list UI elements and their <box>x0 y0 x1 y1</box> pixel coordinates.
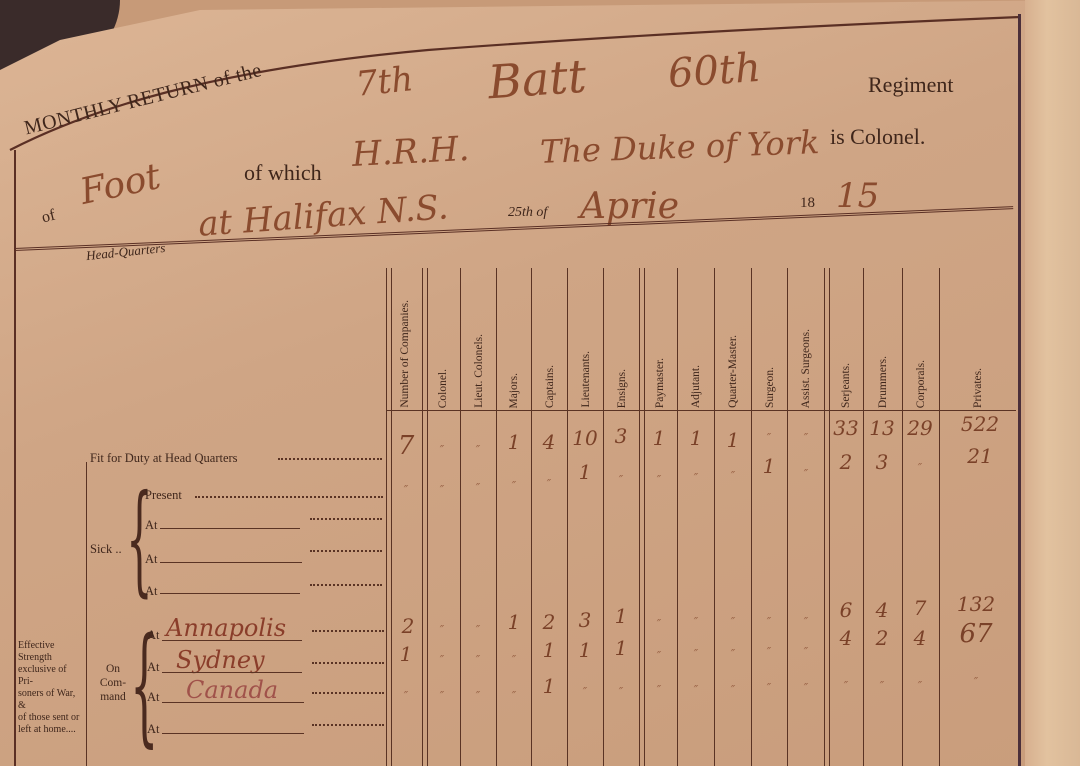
cell: ″ <box>751 642 787 662</box>
cell: ″ <box>424 650 460 670</box>
col-header-assist-surgeons: Assist. Surgeons. <box>788 272 824 408</box>
cell: ″ <box>715 644 751 664</box>
col-header-drummers: Drummers. <box>864 272 902 408</box>
cell: ″ <box>388 686 424 706</box>
col-header-adjutant: Adjutant. <box>678 272 714 408</box>
col-header-quarter-master: Quarter-Master. <box>715 272 751 408</box>
cell: ″ <box>424 686 460 706</box>
col-header-lieutenants: Lieutenants. <box>568 272 603 408</box>
cell: 1 <box>603 638 639 658</box>
blank-line <box>162 702 304 703</box>
cell: 1 <box>678 428 714 448</box>
cell: 1 <box>531 640 567 660</box>
label-line: mand <box>98 690 128 704</box>
cell: ″ <box>715 612 751 632</box>
cell: ″ <box>946 672 1006 692</box>
cell: 2 <box>828 452 864 472</box>
cell: 132 <box>946 594 1006 614</box>
cell: ″ <box>902 458 938 478</box>
cell: ″ <box>567 682 603 702</box>
label-line: On <box>98 662 128 676</box>
row-group-bracket <box>86 462 87 766</box>
blank-line <box>160 528 300 529</box>
cell: ″ <box>496 476 532 496</box>
cell: 13 <box>864 418 900 438</box>
col-header-serjeants: Serjeants. <box>828 272 863 408</box>
col-header-label: Ensigns. <box>616 369 628 408</box>
col-header-label: Captains. <box>544 365 556 408</box>
cell: ″ <box>751 428 787 448</box>
cell: ″ <box>460 440 496 460</box>
cell: ″ <box>788 642 824 662</box>
cell: 4 <box>531 432 567 452</box>
leader-dots <box>278 458 382 460</box>
hand-place-canada: Canada <box>186 676 278 704</box>
col-header-label: Quarter-Master. <box>727 335 739 408</box>
frame-right-border <box>1018 14 1021 766</box>
cell: ″ <box>424 440 460 460</box>
cell: ″ <box>460 620 496 640</box>
leader-dots <box>312 692 384 694</box>
label-line: of those sent or <box>18 712 84 724</box>
row-label-sick: Sick .. <box>90 542 122 557</box>
cell: ″ <box>496 650 532 670</box>
blank-line <box>162 640 302 641</box>
cell: ″ <box>678 680 714 700</box>
col-header-label: Number of Companies. <box>399 300 411 408</box>
cell: 2 <box>531 612 567 632</box>
cell: 2 <box>864 628 900 648</box>
col-header-label: Lieut. Colonels. <box>473 334 485 408</box>
cell: 1 <box>715 430 751 450</box>
cell: 1 <box>751 456 787 476</box>
label-line: left at home.... <box>18 724 84 736</box>
hand-place-annapolis: Annapolis <box>166 614 286 642</box>
cell: 1 <box>388 644 424 664</box>
leader-dots <box>310 518 382 520</box>
row-label-sick-at-2: At <box>145 552 158 567</box>
cell: 1 <box>603 606 639 626</box>
cell: ″ <box>788 464 824 484</box>
col-header-label: Serjeants. <box>840 363 852 408</box>
col-header-privates: Privates. <box>940 272 1016 408</box>
effective-strength-label: Effective Strength exclusive of Pri- son… <box>18 640 84 736</box>
row-label-fit-for-duty: Fit for Duty at Head Quarters <box>90 451 238 466</box>
cell: 1 <box>531 676 567 696</box>
cell: ″ <box>460 478 496 498</box>
cell: ″ <box>788 678 824 698</box>
cell: 1 <box>567 462 603 482</box>
col-header-label: Adjutant. <box>690 365 702 408</box>
cell: ″ <box>460 686 496 706</box>
cell: ″ <box>603 682 639 702</box>
hand-colonel-title: H.R.H. <box>351 129 470 175</box>
cell: 2 <box>390 616 426 636</box>
cell: ″ <box>715 466 751 486</box>
col-header-surgeon: Surgeon. <box>752 272 787 408</box>
cell: ″ <box>678 644 714 664</box>
col-header-label: Drummers. <box>877 356 889 408</box>
blank-line <box>162 733 304 734</box>
cell: ″ <box>751 678 787 698</box>
hand-place-sydney: Sydney <box>176 646 265 674</box>
cell: 1 <box>641 428 677 448</box>
row-label-command-at-4: At <box>147 722 160 737</box>
is-colonel-label: is Colonel. <box>830 124 925 150</box>
cell: ″ <box>864 676 900 696</box>
cell: ″ <box>388 480 424 500</box>
col-header-label: Corporals. <box>915 360 927 408</box>
cell: 7 <box>388 436 424 456</box>
day-of-label: 25th of <box>508 205 547 221</box>
blank-line <box>160 562 302 563</box>
row-label-present: Present <box>145 488 182 503</box>
cell: 4 <box>902 628 938 648</box>
leader-dots <box>310 584 382 586</box>
cell: ″ <box>424 620 460 640</box>
blank-line <box>160 593 300 594</box>
leader-dots <box>312 724 384 726</box>
hand-battalion-ordinal: 7th <box>354 59 415 105</box>
leader-dots <box>312 630 384 632</box>
page-edge <box>1025 0 1080 766</box>
frame-left-border <box>14 150 16 766</box>
cell: 3 <box>567 610 603 630</box>
cell: ″ <box>678 612 714 632</box>
cell: 1 <box>567 640 603 660</box>
col-header-companies: Number of Companies. <box>388 272 422 408</box>
year-prefix: 18 <box>800 195 815 212</box>
col-header-corporals: Corporals. <box>903 272 939 408</box>
header-bottom-rule <box>386 410 1016 411</box>
cell: ″ <box>788 612 824 632</box>
cell: ″ <box>641 614 677 634</box>
cell: 1 <box>496 612 532 632</box>
cell: 522 <box>950 414 1010 434</box>
col-header-label: Privates. <box>972 368 984 408</box>
row-label-command-at-2: At <box>147 660 160 675</box>
leader-dots <box>310 550 382 552</box>
col-header-label: Paymaster. <box>654 358 666 408</box>
leader-dots <box>195 496 383 498</box>
cell: 4 <box>864 600 900 620</box>
on-command-label: On Com- mand <box>98 662 128 704</box>
cell: ″ <box>641 680 677 700</box>
of-which-label: of which <box>244 160 322 186</box>
cell: ″ <box>902 676 938 696</box>
cell: 33 <box>828 418 864 438</box>
cell: 3 <box>864 452 900 472</box>
cell: ″ <box>715 680 751 700</box>
row-label-sick-at-3: At <box>145 584 158 599</box>
cell: 6 <box>828 600 864 620</box>
cell: 7 <box>902 598 938 618</box>
cell: 29 <box>902 418 938 438</box>
cell: 3 <box>603 426 639 446</box>
row-label-sick-at-1: At <box>145 518 158 533</box>
cell: ″ <box>641 646 677 666</box>
col-header-paymaster: Paymaster. <box>643 272 677 408</box>
col-header-label: Majors. <box>508 373 520 408</box>
col-header-majors: Majors. <box>497 272 531 408</box>
cell: 67 <box>946 624 1006 644</box>
label-line: soners of War, & <box>18 688 84 712</box>
col-header-label: Colonel. <box>437 369 449 408</box>
cell: 10 <box>567 428 603 448</box>
col-header-ensigns: Ensigns. <box>604 272 639 408</box>
cell: 4 <box>828 628 864 648</box>
cell: ″ <box>641 470 677 490</box>
blank-line <box>162 672 302 673</box>
col-header-label: Assist. Surgeons. <box>800 329 812 408</box>
col-header-lieut-colonels: Lieut. Colonels. <box>461 272 496 408</box>
label-line: Com- <box>98 676 128 690</box>
leader-dots <box>312 662 384 664</box>
cell: 1 <box>496 432 532 452</box>
hand-battalion: Batt <box>486 49 588 110</box>
col-header-captains: Captains. <box>532 272 567 408</box>
row-label-command-at-3: At <box>147 690 160 705</box>
cell: ″ <box>828 676 864 696</box>
cell: ″ <box>460 650 496 670</box>
hand-year: 15 <box>836 176 879 216</box>
row-label-command-at-1: At <box>147 628 160 643</box>
cell: 21 <box>950 446 1010 466</box>
col-header-label: Lieutenants. <box>580 351 592 408</box>
cell: ″ <box>788 428 824 448</box>
cell: ″ <box>603 470 639 490</box>
col-header-label: Surgeon. <box>764 367 776 408</box>
col-header-colonel: Colonel. <box>426 272 460 408</box>
regiment-label: Regiment <box>868 72 954 98</box>
cell: ″ <box>496 686 532 706</box>
label-line: exclusive of Pri- <box>18 664 84 688</box>
cell: ″ <box>424 480 460 500</box>
label-line: Effective Strength <box>18 640 84 664</box>
cell: ″ <box>531 474 567 494</box>
cell: ″ <box>678 468 714 488</box>
cell: ″ <box>751 612 787 632</box>
hand-regiment-number: 60th <box>667 45 763 97</box>
